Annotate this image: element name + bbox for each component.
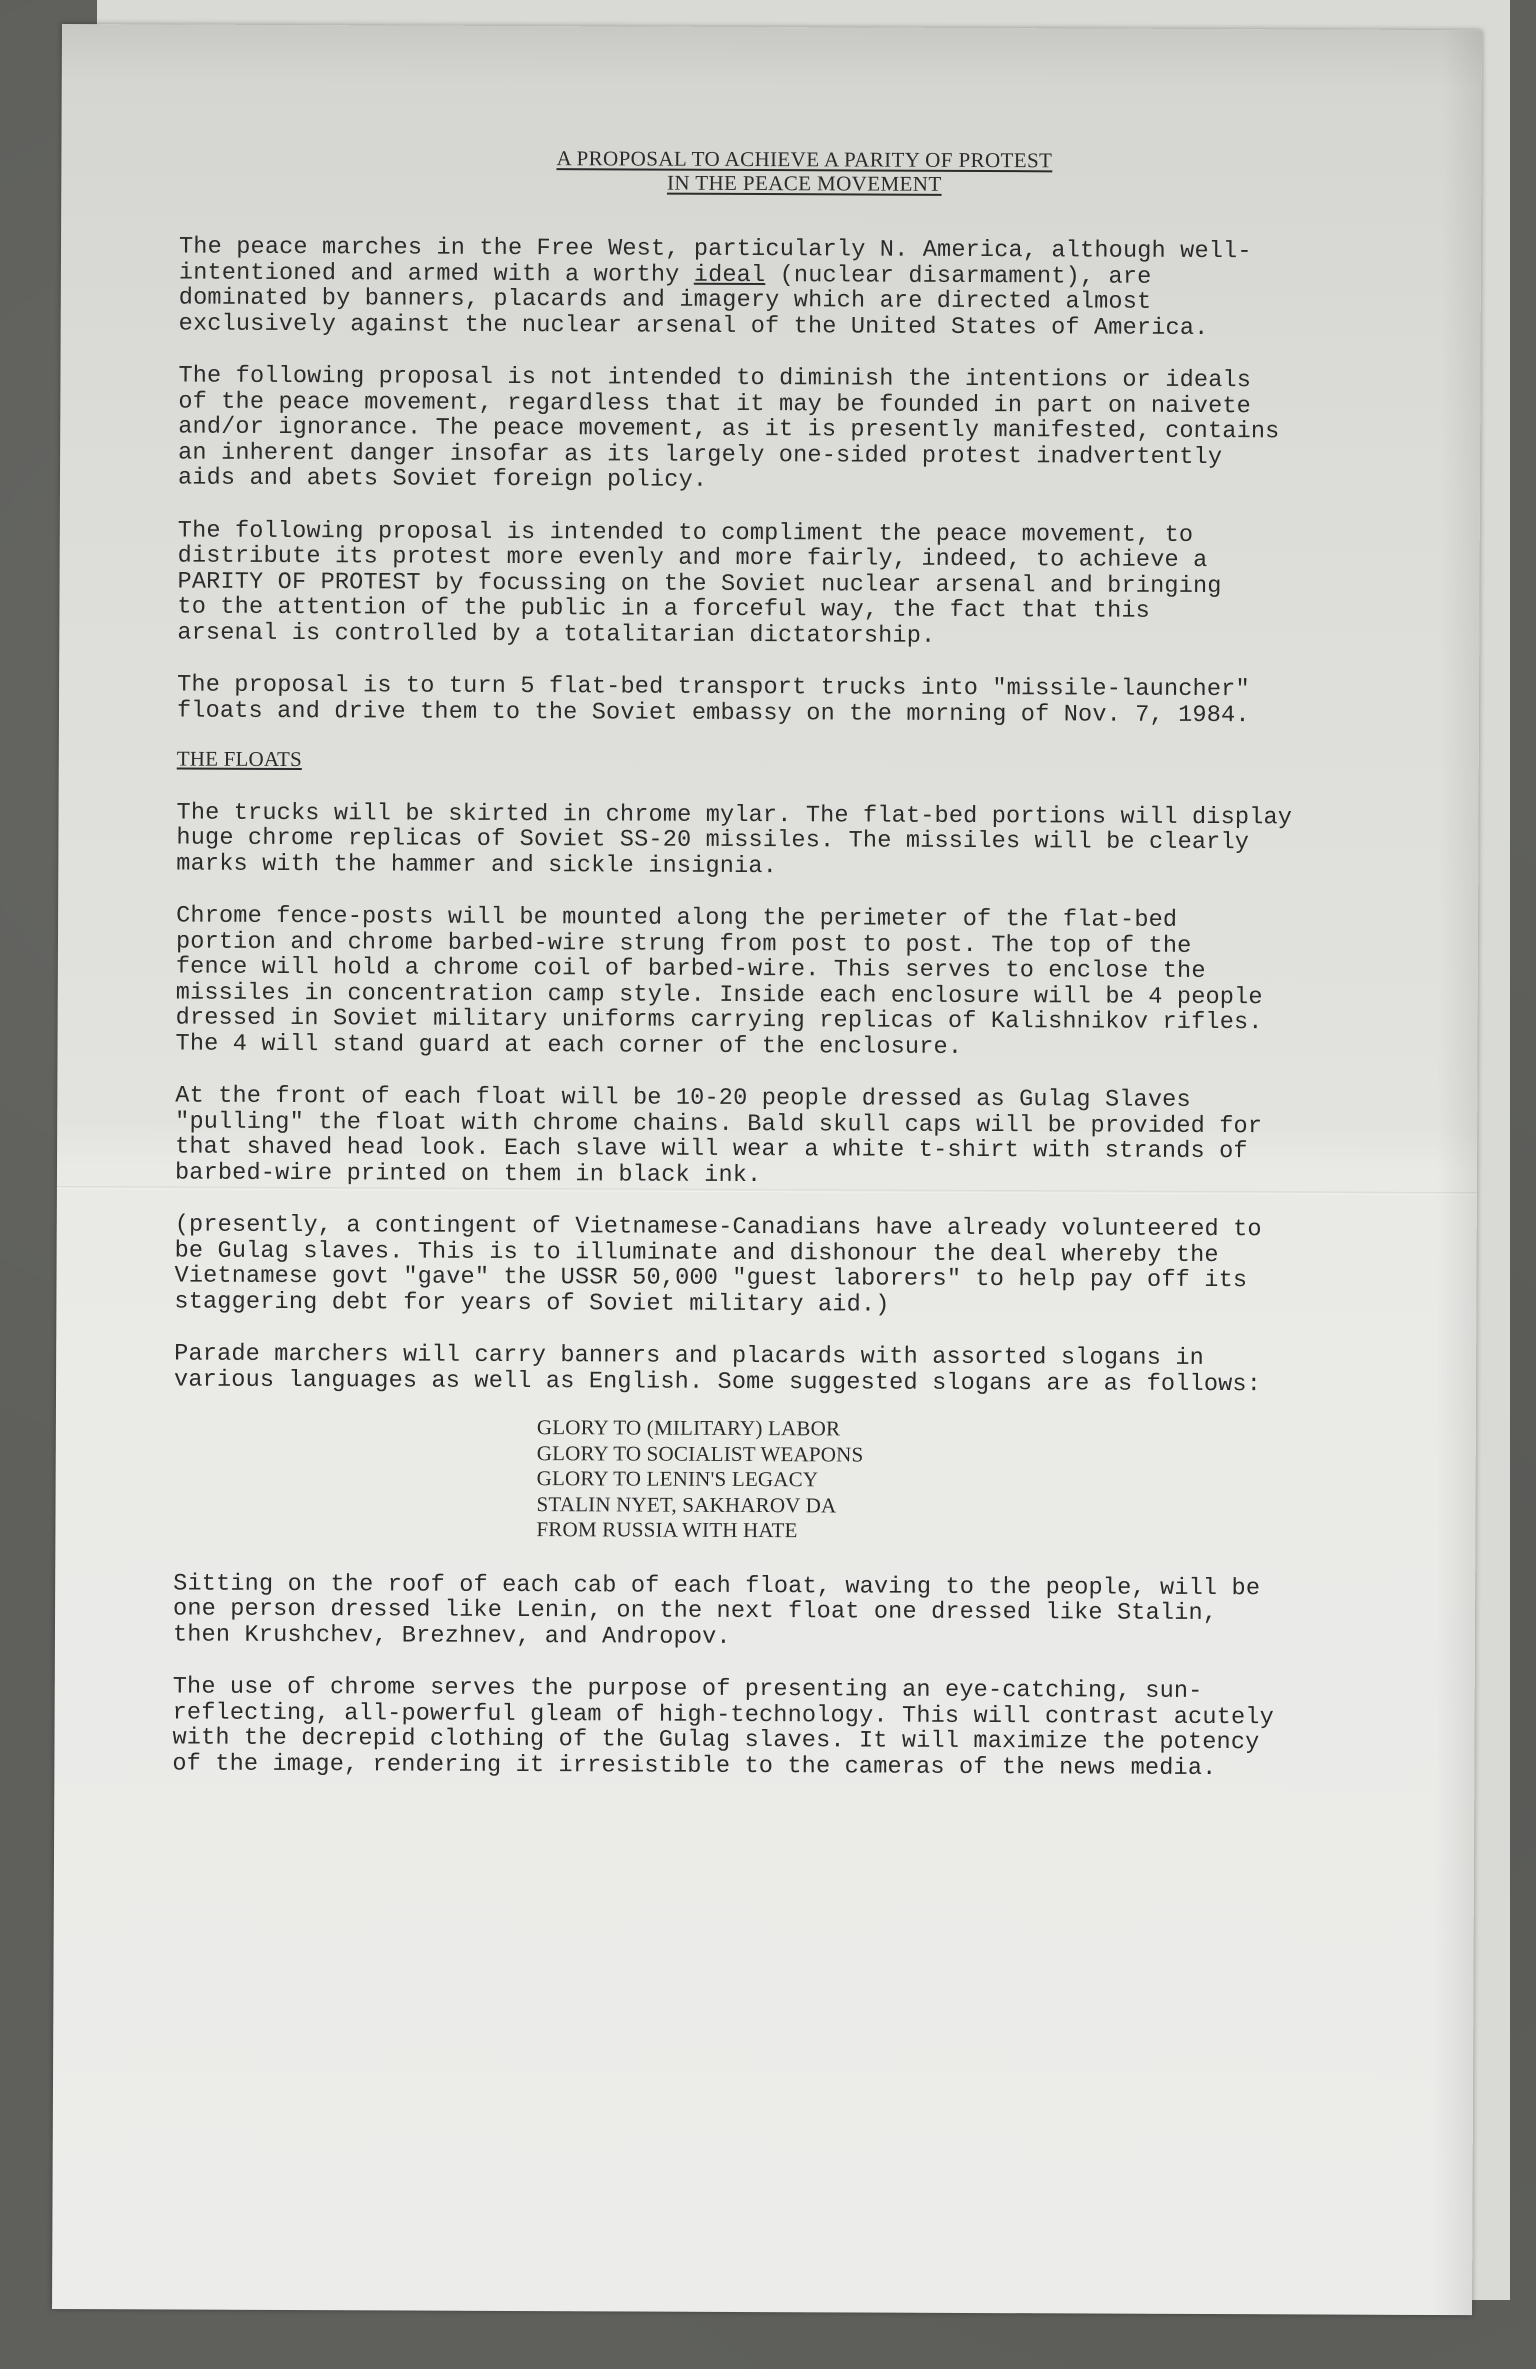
- slogan-item: FROM RUSSIA WITH HATE: [536, 1517, 1343, 1546]
- paragraph-not-intended: The following proposal is not intended t…: [178, 364, 1349, 497]
- paragraph-intro: The peace marches in the Free West, part…: [179, 235, 1349, 342]
- document-body: A PROPOSAL TO ACHIEVE A PARITY OF PROTES…: [172, 145, 1349, 1809]
- title-line-2: IN THE PEACE MOVEMENT: [259, 169, 1349, 198]
- paragraph-leaders: Sitting on the roof of each cab of each …: [173, 1571, 1343, 1653]
- paragraph-trucks: The trucks will be skirted in chrome myl…: [176, 800, 1346, 882]
- slogan-item: GLORY TO (MILITARY) LABOR: [537, 1415, 1344, 1444]
- page-shadow: [62, 24, 1482, 90]
- paragraph-proposal: The proposal is to turn 5 flat-bed trans…: [177, 673, 1347, 729]
- slogan-item: GLORY TO SOCIALIST WEAPONS: [537, 1441, 1344, 1470]
- paragraph-gulag-slaves: At the front of each float will be 10-20…: [175, 1084, 1345, 1191]
- document-page: A PROPOSAL TO ACHIEVE A PARITY OF PROTES…: [52, 24, 1482, 2315]
- paragraph-slogans-intro: Parade marchers will carry banners and p…: [174, 1342, 1344, 1398]
- paragraph-intended: The following proposal is intended to co…: [177, 518, 1348, 651]
- paragraph-chrome: The use of chrome serves the purpose of …: [172, 1674, 1342, 1781]
- paragraph-volunteers: (presently, a contingent of Vietnamese-C…: [174, 1213, 1344, 1320]
- slogan-item: STALIN NYET, SAKHAROV DA: [536, 1492, 1343, 1521]
- document-title: A PROPOSAL TO ACHIEVE A PARITY OF PROTES…: [259, 145, 1349, 198]
- slogan-list: GLORY TO (MILITARY) LABOR GLORY TO SOCIA…: [536, 1415, 1344, 1546]
- section-heading-floats: THE FLOATS: [177, 747, 1347, 778]
- intro-underlined-word: ideal: [694, 261, 766, 288]
- slogan-item: GLORY TO LENIN'S LEGACY: [537, 1466, 1344, 1495]
- paragraph-fence: Chrome fence-posts will be mounted along…: [175, 904, 1346, 1062]
